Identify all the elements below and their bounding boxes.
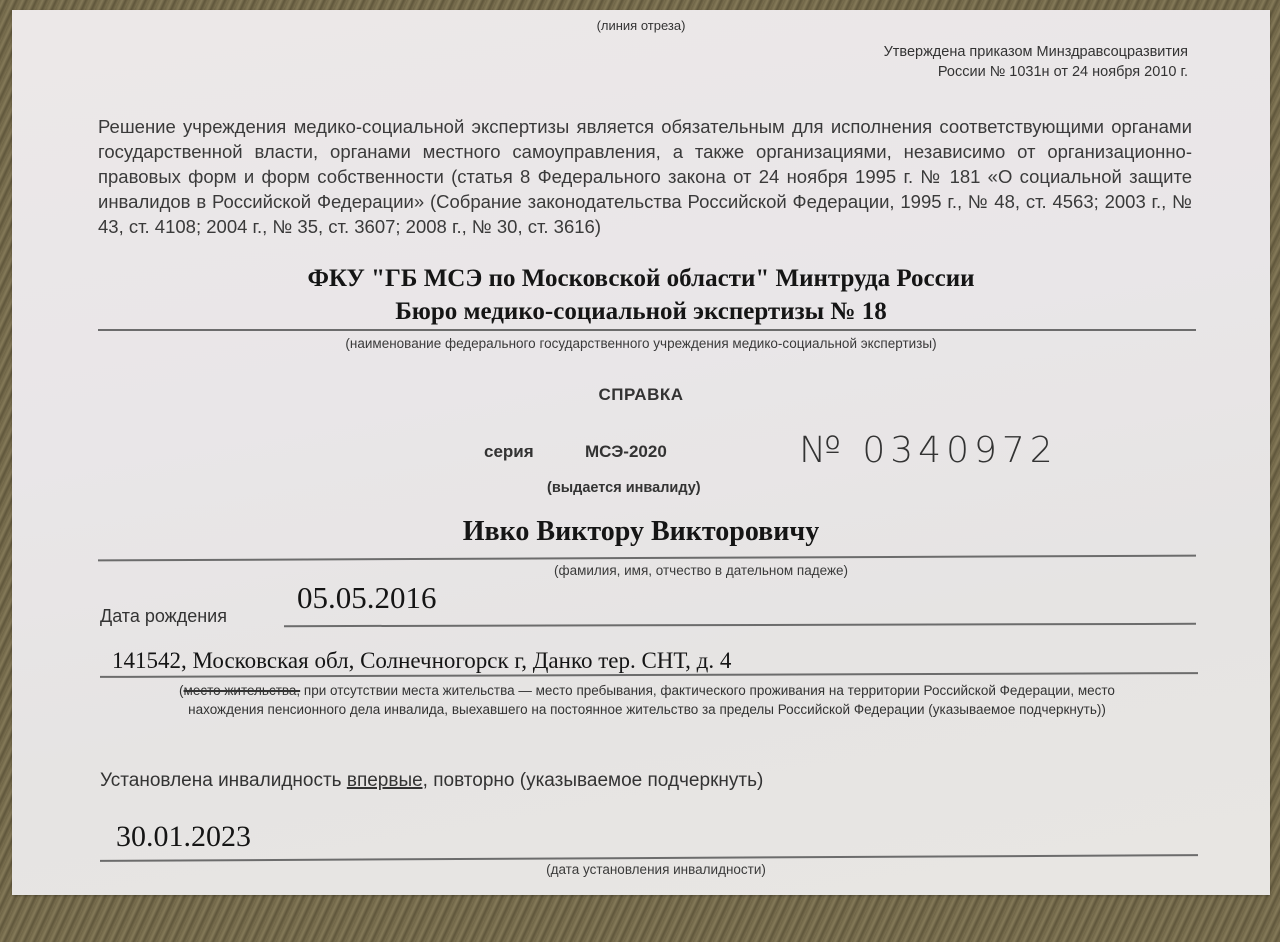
disability-date-value: 30.01.2023 (116, 820, 251, 854)
disability-date-caption: (дата установления инвалидности) (12, 862, 1270, 877)
certificate-number: № 0340972 (799, 430, 1058, 471)
series-value: МСЭ-2020 (585, 442, 667, 462)
organization-underline (98, 329, 1196, 331)
document-title: СПРАВКА (12, 385, 1270, 405)
legal-notice: Решение учреждения медико-социальной экс… (98, 114, 1192, 239)
approval-line-2: России № 1031н от 24 ноября 2010 г. (884, 62, 1188, 82)
organization-line-1: ФКУ "ГБ МСЭ по Московской области" Минтр… (12, 262, 1270, 295)
organization-name: ФКУ "ГБ МСЭ по Московской области" Минтр… (12, 262, 1270, 328)
disability-date-underline (100, 854, 1198, 862)
approval-line-1: Утверждена приказом Минздравсоцразвития (884, 42, 1188, 62)
organization-caption: (наименование федерального государственн… (12, 336, 1270, 351)
address-value: 141542, Московская обл, Солнечногорск г,… (112, 648, 731, 674)
full-name: Ивко Виктору Викторовичу (12, 516, 1270, 548)
first-time-option-underlined: впервые, (347, 770, 428, 791)
struck-residence-option: место жительства, (184, 683, 301, 698)
full-name-underline (98, 555, 1196, 562)
birth-date-value: 05.05.2016 (297, 580, 437, 616)
disability-certificate: (линия отреза) Утверждена приказом Минзд… (12, 10, 1270, 895)
organization-line-2: Бюро медико-социальной экспертизы № 18 (12, 295, 1270, 328)
series-label: серия (484, 442, 534, 462)
approval-note: Утверждена приказом Минздравсоцразвития … (884, 42, 1188, 82)
disability-established-line: Установлена инвалидность впервые, повтор… (100, 770, 763, 792)
address-caption: (место жительства, при отсутствии места … (152, 681, 1142, 719)
cut-line-label: (линия отреза) (12, 18, 1270, 33)
full-name-caption: (фамилия, имя, отчество в дательном паде… (12, 563, 1270, 578)
issued-to-caption: (выдается инвалиду) (547, 480, 701, 496)
birth-date-underline (284, 623, 1196, 627)
birth-date-label: Дата рождения (100, 606, 227, 627)
